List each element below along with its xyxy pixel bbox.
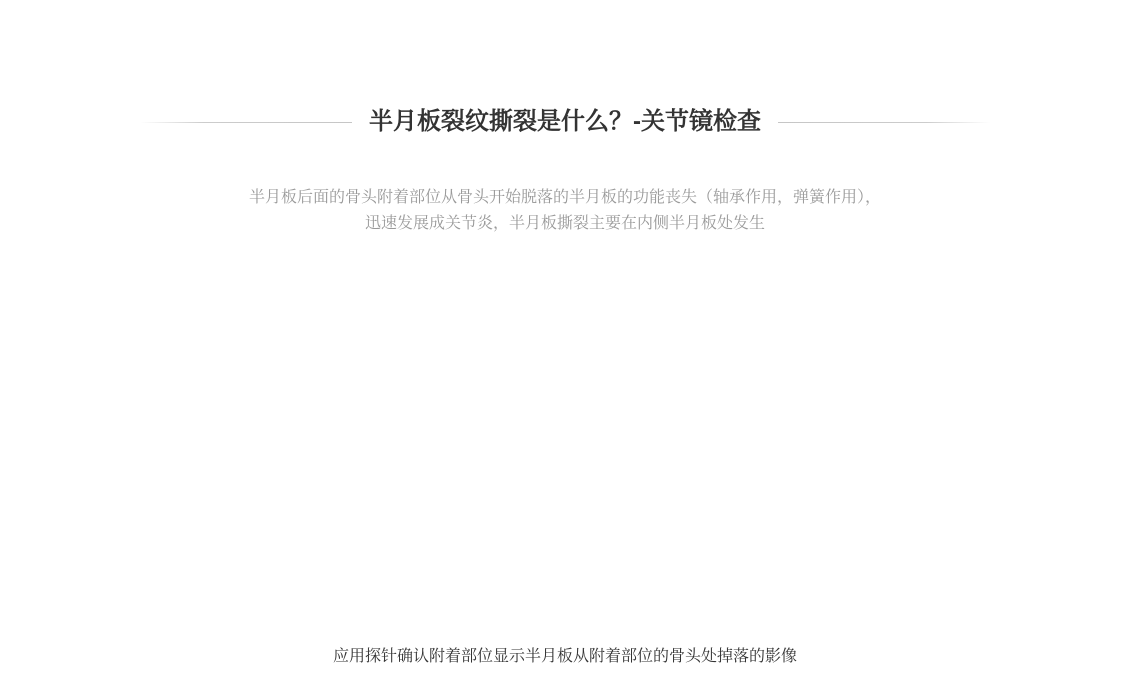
- content-image-area: [165, 240, 965, 635]
- title-divider-left: [140, 122, 352, 123]
- intro-line-1: 半月板后面的骨头附着部位从骨头开始脱落的半月板的功能丧失（轴承作用，弹簧作用），: [0, 185, 1130, 211]
- image-caption: 应用探针确认附着部位显示半月板从附着部位的骨头处掉落的影像: [0, 645, 1130, 669]
- title-section: 半月板裂纹撕裂是什么？-关节镜检查: [140, 104, 990, 140]
- page-title: 半月板裂纹撕裂是什么？-关节镜检查: [352, 104, 778, 140]
- article-page: 半月板裂纹撕裂是什么？-关节镜检查 半月板后面的骨头附着部位从骨头开始脱落的半月…: [0, 0, 1130, 673]
- intro-line-2: 迅速发展成关节炎，半月板撕裂主要在内侧半月板处发生: [0, 211, 1130, 237]
- intro-paragraph: 半月板后面的骨头附着部位从骨头开始脱落的半月板的功能丧失（轴承作用，弹簧作用），…: [0, 185, 1130, 237]
- title-divider-right: [778, 122, 990, 123]
